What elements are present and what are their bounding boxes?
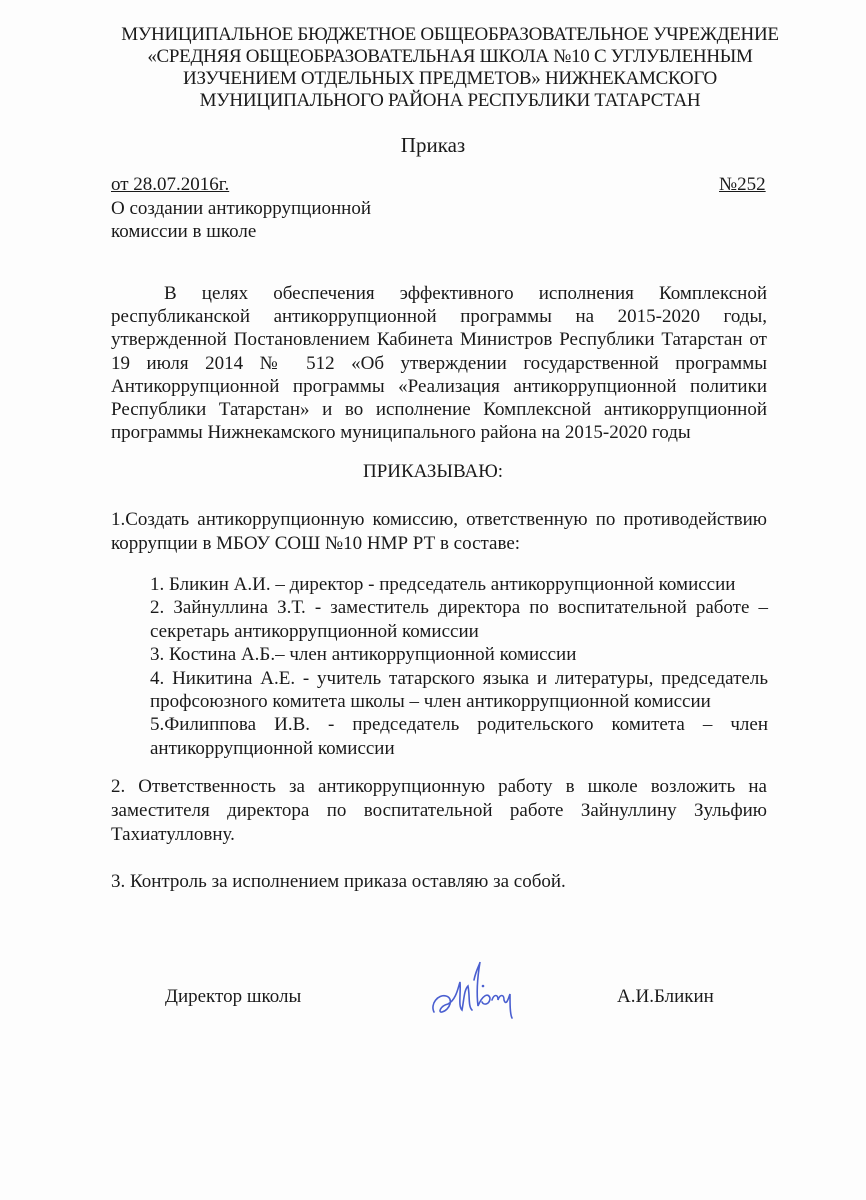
order-point-3: 3. Контроль за исполнением приказа остав… (111, 871, 566, 893)
order-point-2: 2. Ответственность за антикоррупционную … (111, 775, 767, 847)
handwritten-signature-icon (428, 960, 538, 1022)
order-point-1: 1.Создать антикоррупционную комиссию, от… (111, 508, 767, 555)
member-item: 2. Зайнуллина З.Т. - заместитель директо… (150, 596, 768, 643)
document-title: Приказ (0, 133, 866, 158)
member-item: 4. Никитина А.Е. - учитель татарского яз… (150, 667, 768, 714)
member-item: 5.Филиппова И.В. - председатель родитель… (150, 713, 768, 760)
header-line: МУНИЦИПАЛЬНОЕ БЮДЖЕТНОЕ ОБЩЕОБРАЗОВАТЕЛЬ… (100, 24, 800, 46)
document-page: МУНИЦИПАЛЬНОЕ БЮДЖЕТНОЕ ОБЩЕОБРАЗОВАТЕЛЬ… (0, 0, 866, 1200)
subject-line: комиссии в школе (111, 220, 371, 243)
header-line: ИЗУЧЕНИЕМ ОТДЕЛЬНЫХ ПРЕДМЕТОВ» НИЖНЕКАМС… (100, 68, 800, 90)
preamble-paragraph: В целях обеспечения эффективного исполне… (111, 282, 767, 444)
signatory-position: Директор школы (165, 986, 301, 1008)
member-item: 3. Костина А.Б.– член антикоррупционной … (150, 643, 768, 666)
commission-members-list: 1. Бликин А.И. – директор - председатель… (150, 573, 768, 760)
order-number: №252 (719, 174, 766, 196)
subject-line: О создании антикоррупционной (111, 197, 371, 220)
header-line: «СРЕДНЯЯ ОБЩЕОБРАЗОВАТЕЛЬНАЯ ШКОЛА №10 С… (100, 46, 800, 68)
signatory-name: А.И.Бликин (617, 986, 714, 1008)
member-item: 1. Бликин А.И. – директор - председатель… (150, 573, 768, 596)
order-date: от 28.07.2016г. (111, 174, 229, 196)
institution-header: МУНИЦИПАЛЬНОЕ БЮДЖЕТНОЕ ОБЩЕОБРАЗОВАТЕЛЬ… (100, 24, 800, 112)
order-heading: ПРИКАЗЫВАЮ: (0, 461, 866, 483)
header-line: МУНИЦИПАЛЬНОГО РАЙОНА РЕСПУБЛИКИ ТАТАРСТ… (100, 90, 800, 112)
order-subject: О создании антикоррупционной комиссии в … (111, 197, 371, 243)
